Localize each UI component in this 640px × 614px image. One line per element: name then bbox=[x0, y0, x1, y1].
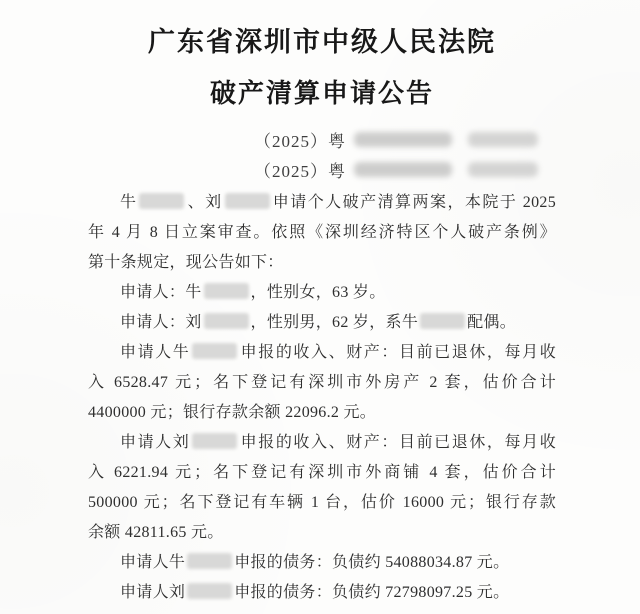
redacted-name bbox=[187, 553, 232, 569]
redacted-name bbox=[192, 343, 237, 359]
text-segment: 申报的收入、财产：目前已退休，每月收 bbox=[239, 434, 556, 451]
text-segment: 年 4 月 8 日立案审查。依照《深圳经济特区个人破产条例》 bbox=[88, 224, 556, 241]
redacted-name bbox=[204, 283, 249, 299]
text-segment: 入 6528.47 元；名下登记有深圳市外房产 2 套，估价合计 bbox=[88, 374, 556, 391]
case-number-line: （2025）粤 bbox=[254, 124, 556, 154]
case-number-list: （2025）粤（2025）粤 bbox=[254, 124, 556, 184]
body-line: 申请人刘申报的债务：负债约 72798097.25 元。 bbox=[88, 578, 556, 608]
body-line: 入 6528.47 元；名下登记有深圳市外房产 2 套，估价合计 bbox=[88, 368, 556, 398]
redacted-name bbox=[204, 313, 249, 329]
redacted-case-number bbox=[468, 162, 538, 177]
body-line: 申请人：刘，性别男，62 岁，系牛配偶。 bbox=[88, 308, 556, 338]
court-name-title: 广东省深圳市中级人民法院 bbox=[88, 24, 556, 60]
announcement-body: 牛、刘申请个人破产清算两案，本院于 2025年 4 月 8 日立案审查。依照《深… bbox=[88, 188, 556, 608]
body-line: 余额 42811.65 元。 bbox=[88, 518, 556, 548]
text-segment: 第十条规定，现公告如下： bbox=[88, 254, 284, 271]
text-segment: 配偶。 bbox=[467, 314, 516, 331]
text-segment: 申请人牛 bbox=[120, 554, 185, 571]
body-line: 第十条规定，现公告如下： bbox=[88, 248, 556, 278]
text-segment: 申请人刘 bbox=[120, 584, 185, 601]
body-line: 申请人牛申报的债务：负债约 54088034.87 元。 bbox=[88, 548, 556, 578]
body-line: 牛、刘申请个人破产清算两案，本院于 2025 bbox=[88, 188, 556, 218]
text-segment: 余额 42811.65 元。 bbox=[88, 524, 224, 541]
text-segment: 、刘 bbox=[186, 194, 222, 211]
text-segment: 500000 元；名下登记有车辆 1 台，估价 16000 元；银行存款 bbox=[88, 494, 556, 511]
text-segment: 申请人：牛 bbox=[120, 284, 202, 301]
case-number-prefix: （2025）粤 bbox=[254, 127, 346, 152]
text-segment: 申请人刘 bbox=[120, 434, 190, 451]
text-segment: 牛 bbox=[120, 194, 137, 211]
text-segment: 申报的收入、财产：目前已退休，每月收 bbox=[239, 344, 556, 361]
text-segment: 4400000 元；银行存款余额 22096.2 元。 bbox=[88, 404, 376, 421]
text-segment: 入 6221.94 元；名下登记有深圳市外商铺 4 套，估价合计 bbox=[88, 464, 556, 481]
text-segment: 申报的债务：负债约 72798097.25 元。 bbox=[234, 584, 509, 601]
redacted-name bbox=[192, 433, 237, 449]
redacted-case-number bbox=[354, 132, 452, 147]
case-number-line: （2025）粤 bbox=[254, 154, 556, 184]
redacted-name bbox=[139, 193, 184, 209]
redacted-name bbox=[420, 313, 465, 329]
redacted-name bbox=[225, 193, 270, 209]
case-number-prefix: （2025）粤 bbox=[254, 157, 346, 182]
body-line: 500000 元；名下登记有车辆 1 台，估价 16000 元；银行存款 bbox=[88, 488, 556, 518]
redacted-case-number bbox=[468, 132, 538, 147]
body-line: 申请人牛申报的收入、财产：目前已退休，每月收 bbox=[88, 338, 556, 368]
body-line: 申请人：牛，性别女，63 岁。 bbox=[88, 278, 556, 308]
body-line: 年 4 月 8 日立案审查。依照《深圳经济特区个人破产条例》 bbox=[88, 218, 556, 248]
body-line: 入 6221.94 元；名下登记有深圳市外商铺 4 套，估价合计 bbox=[88, 458, 556, 488]
text-segment: 申请人：刘 bbox=[120, 314, 202, 331]
body-line: 申请人刘申报的收入、财产：目前已退休，每月收 bbox=[88, 428, 556, 458]
body-line: 4400000 元；银行存款余额 22096.2 元。 bbox=[88, 398, 556, 428]
document-page: 广东省深圳市中级人民法院 破产清算申请公告 （2025）粤（2025）粤 牛、刘… bbox=[0, 0, 640, 614]
redacted-case-number bbox=[354, 162, 452, 177]
announcement-type-title: 破产清算申请公告 bbox=[88, 76, 556, 112]
redacted-name bbox=[187, 583, 232, 599]
text-segment: 申报的债务：负债约 54088034.87 元。 bbox=[234, 554, 509, 571]
text-segment: ，性别男，62 岁，系牛 bbox=[251, 314, 419, 331]
text-segment: ，性别女，63 岁。 bbox=[251, 284, 386, 301]
text-segment: 申请人牛 bbox=[120, 344, 190, 361]
text-segment: 申请个人破产清算两案，本院于 2025 bbox=[272, 194, 556, 211]
